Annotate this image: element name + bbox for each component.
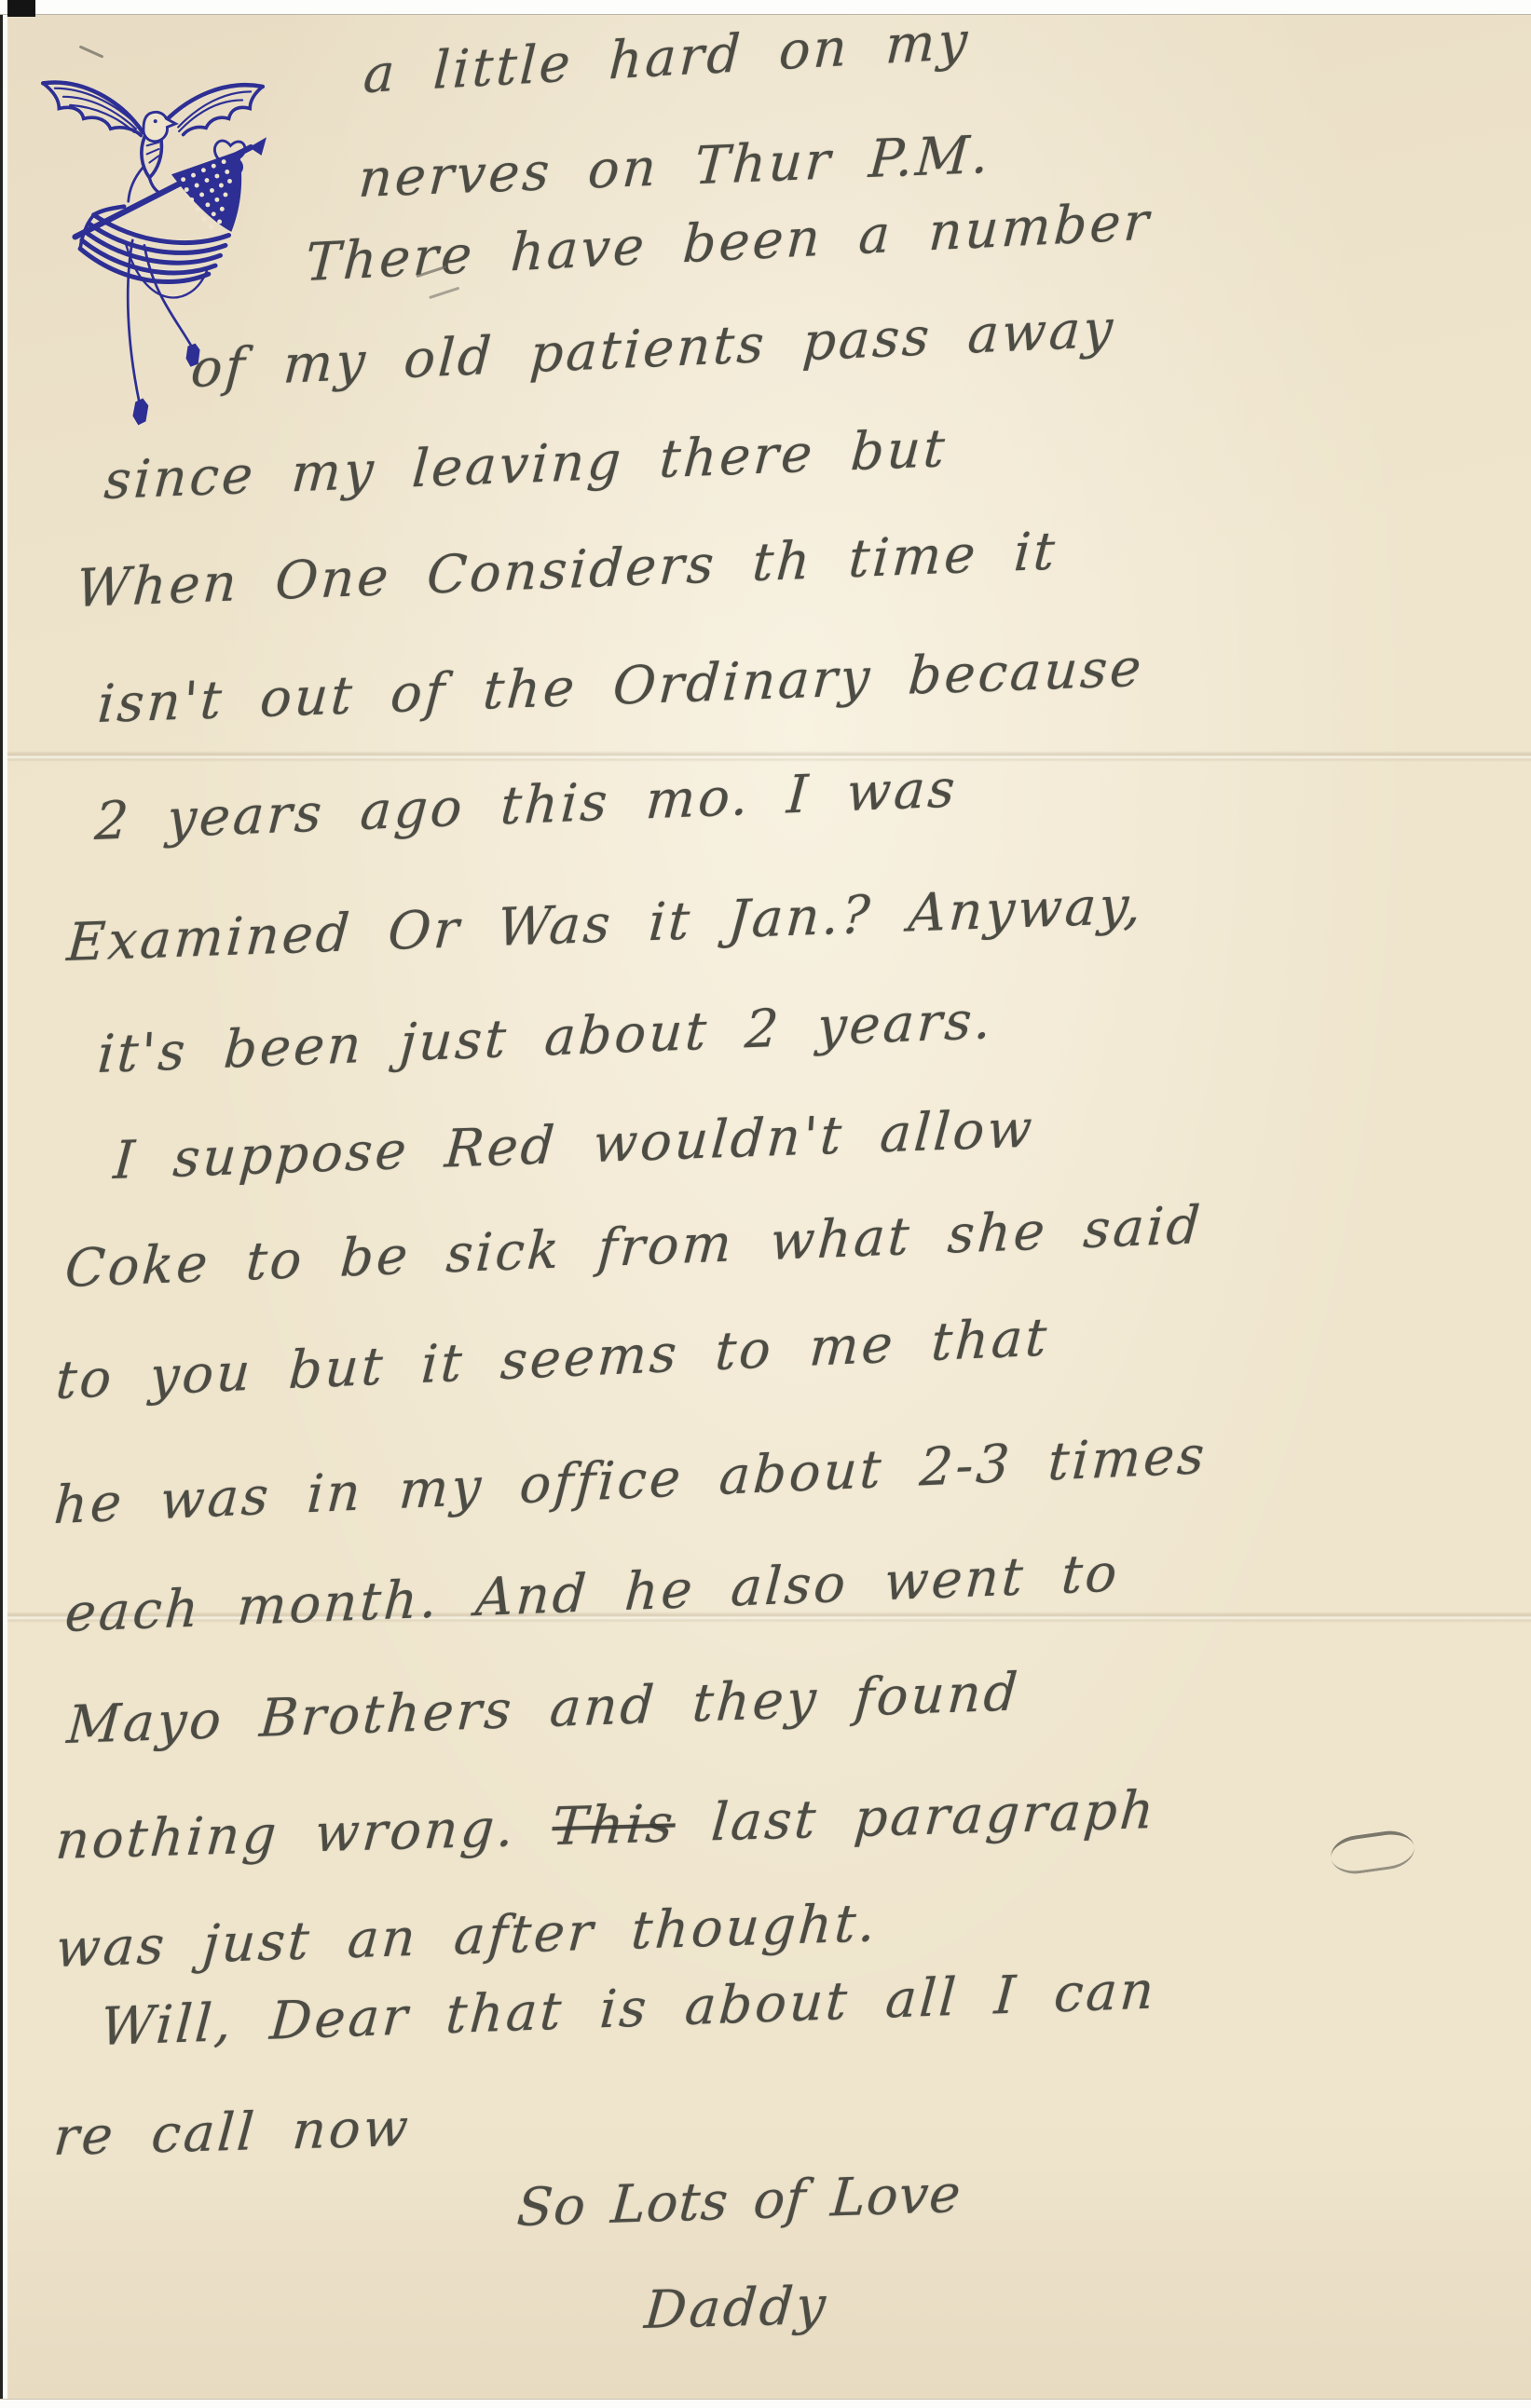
flag-group: [75, 139, 266, 281]
letter-line: re call now: [51, 2098, 413, 2168]
scan-corner-chip: [7, 0, 35, 17]
letter-signature: Daddy: [642, 2276, 830, 2341]
scan-edge-top: [0, 0, 1531, 15]
scan-edge-left-line: [0, 0, 3, 2408]
fold-crease-upper: [7, 751, 1531, 762]
scan-edge-bottom: [0, 2399, 1531, 2408]
letter-scan-page: a little hard on my nerves on Thur P.M. …: [0, 0, 1531, 2408]
struck-word: This: [550, 1793, 677, 1857]
